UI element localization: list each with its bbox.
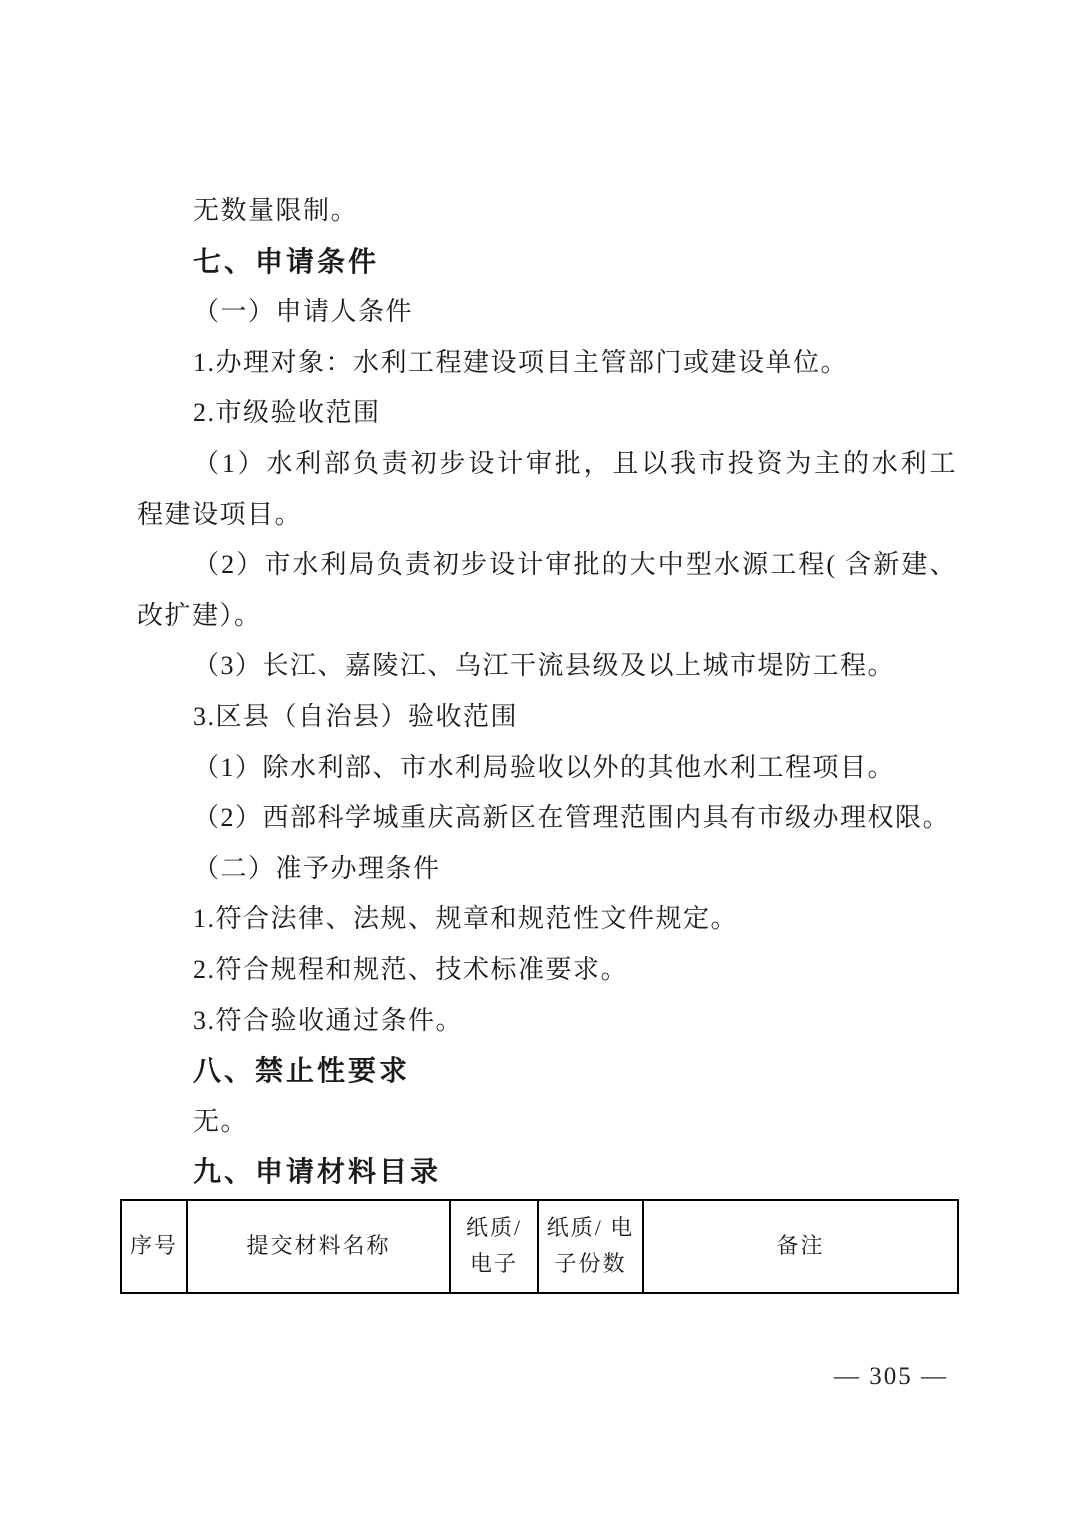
line-quantity-limit: 无数量限制。 — [137, 186, 957, 237]
col-header-serial-number: 序号 — [121, 1200, 187, 1293]
line-approval-conditions: （二）准予办理条件 — [137, 844, 957, 895]
line-county-scope-item-2: （2）西部科学城重庆高新区在管理范围内具有市级办理权限。 — [137, 793, 957, 844]
heading-application-conditions: 七、申请条件 — [137, 237, 957, 288]
table-header-row: 序号 提交材料名称 纸质/ 电子 纸质/ 电 子份数 备注 — [121, 1200, 958, 1293]
line-approval-item-1: 1.符合法律、法规、规章和规范性文件规定。 — [137, 894, 957, 945]
page-number: — 305 — — [834, 1363, 948, 1391]
line-city-scope-item-2a: （2）市水利局负责初步设计审批的大中型水源工程( 含新建、 — [137, 540, 957, 591]
heading-prohibitive-requirements: 八、禁止性要求 — [137, 1046, 957, 1097]
col-header-paper-electronic: 纸质/ 电子 — [450, 1200, 538, 1293]
line-city-scope-item-1b: 程建设项目。 — [137, 490, 957, 541]
col-header-material-name: 提交材料名称 — [187, 1200, 450, 1293]
col-header-copies-count: 纸质/ 电 子份数 — [538, 1200, 643, 1293]
line-handling-target: 1.办理对象：水利工程建设项目主管部门或建设单位。 — [137, 338, 957, 389]
line-approval-item-2: 2.符合规程和规范、技术标准要求。 — [137, 945, 957, 996]
line-city-scope-item-1a: （1）水利部负责初步设计审批，且以我市投资为主的水利工 — [137, 439, 957, 490]
line-city-scope-item-2b: 改扩建）。 — [137, 591, 957, 642]
document-body: 无数量限制。 七、申请条件 （一）申请人条件 1.办理对象：水利工程建设项目主管… — [137, 186, 957, 1294]
line-applicant-conditions: （一）申请人条件 — [137, 287, 957, 338]
line-city-scope-item-3: （3）长江、嘉陵江、乌江干流县级及以上城市堤防工程。 — [137, 641, 957, 692]
line-approval-item-3: 3.符合验收通过条件。 — [137, 996, 957, 1047]
heading-application-materials-list: 九、申请材料目录 — [137, 1147, 957, 1198]
col-header-remarks: 备注 — [643, 1200, 958, 1293]
line-city-acceptance-scope: 2.市级验收范围 — [137, 388, 957, 439]
application-materials-table: 序号 提交材料名称 纸质/ 电子 纸质/ 电 子份数 备注 — [120, 1199, 959, 1294]
line-county-acceptance-scope: 3.区县（自治县）验收范围 — [137, 692, 957, 743]
line-county-scope-item-1: （1）除水利部、市水利局验收以外的其他水利工程项目。 — [137, 743, 957, 794]
line-none: 无。 — [137, 1097, 957, 1148]
